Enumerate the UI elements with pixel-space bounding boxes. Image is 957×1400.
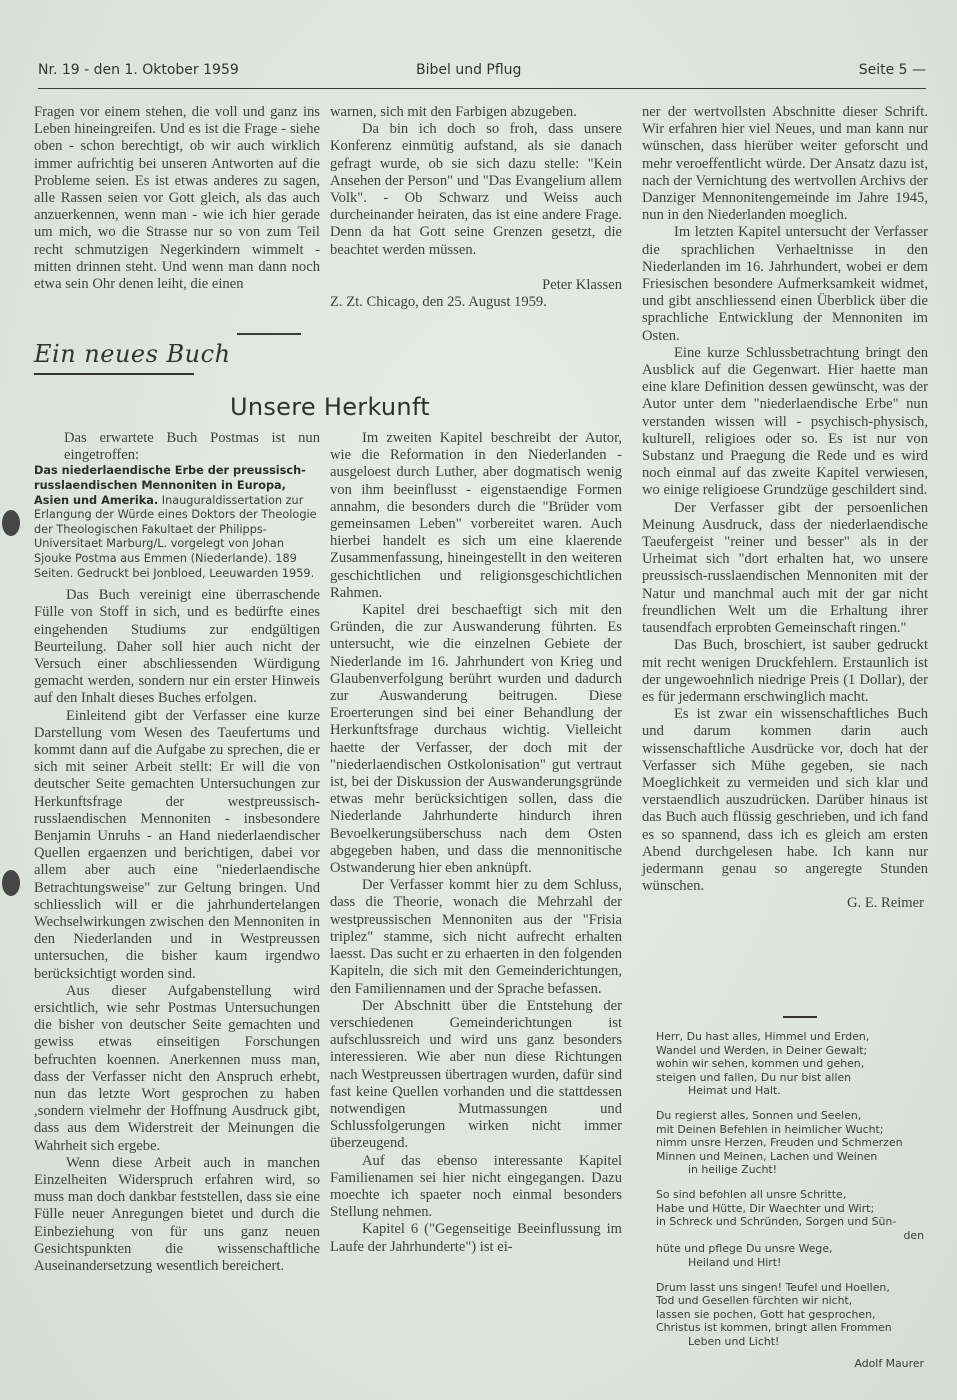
poem-line: Herr, Du hast alles, Himmel und Erden, [656,1030,928,1044]
letter-paragraph: Fragen vor einem stehen, die voll und ga… [34,104,320,293]
poem-line: So sind befohlen all unsre Schritte, [656,1188,928,1202]
page-header: Nr. 19 - den 1. Oktober 1959 Bibel und P… [38,62,926,82]
article-column-3: ner der wertvollsten Abschnitte dieser S… [642,104,928,913]
section-divider [237,333,301,335]
bibliography: Das niederlaendische Erbe der preussisch… [34,464,320,581]
poem-line: Du regierst alles, Sonnen und Seelen, [656,1109,928,1123]
poem-line: nimm unsre Herzen, Freuden und Schmerzen [656,1136,928,1150]
poem-line: Wandel und Werden, in Deiner Gewalt; [656,1044,928,1058]
poem-stanza-2: Du regierst alles, Sonnen und Seelen, mi… [656,1109,928,1177]
page-number: Seite 5 — [859,62,926,78]
poem-line: steigen und fallen, Du nur bist allen [656,1071,928,1085]
issue-date: Nr. 19 - den 1. Oktober 1959 [38,62,239,78]
article-paragraph: Im letzten Kapitel untersucht der Verfas… [642,224,928,344]
poem-stanza-4: Drum lasst uns singen! Teufel und Hoelle… [656,1281,928,1349]
article-signature: G. E. Reimer [642,895,928,912]
poem-refrain: Heiland und Hirt! [656,1256,928,1270]
article-paragraph: Kapitel 6 ("Gegenseitige Beeinflussung i… [330,1221,622,1255]
poem-line: Tod und Gesellen fürchten wir nicht, [656,1294,928,1308]
poem-stanza-3: So sind befohlen all unsre Schritte, Hab… [656,1188,928,1270]
letter-signature: Peter Klassen [330,277,622,294]
article-paragraph: Der Verfasser kommt hier zu dem Schluss,… [330,877,622,997]
poem-refrain: Leben und Licht! [656,1335,928,1349]
article-headline: Unsere Herkunft [230,393,430,421]
poem-line: hüte und pflege Du unsre Wege, [656,1242,928,1256]
article-column-1: Das erwartete Buch Postmas ist nun einge… [34,430,320,1275]
poem-line: Christus ist kommen, bringt allen Fromme… [656,1321,928,1335]
article-intro: Das erwartete Buch Postmas ist nun einge… [34,430,320,464]
article-paragraph: Es ist zwar ein wissenschaftliches Buch … [642,706,928,895]
binding-hole [2,510,20,536]
letter-paragraph: Da bin ich doch so froh, dass unsere Kon… [330,121,622,259]
article-paragraph: Der Verfasser gibt der persoenlichen Mei… [642,500,928,638]
article-paragraph: Das Buch vereinigt eine überraschende Fü… [34,587,320,707]
newspaper-page: Nr. 19 - den 1. Oktober 1959 Bibel und P… [0,0,957,1400]
binding-hole [2,870,20,896]
article-paragraph: Der Abschnitt über die Entstehung der ve… [330,998,622,1153]
kicker-underline [34,373,194,375]
poem-line: mit Deinen Befehlen in heimlicher Wucht; [656,1123,928,1137]
poem-refrain: Heimat und Halt. [656,1084,928,1098]
header-divider [38,88,926,89]
poem-line: in Schreck und Schründen, Sorgen und Sün… [656,1215,928,1229]
poem-line: lassen sie pochen, Gott hat gesprochen, [656,1308,928,1322]
poem-stanza-1: Herr, Du hast alles, Himmel und Erden, W… [656,1030,928,1098]
poem-line: Minnen und Meinen, Lachen und Weinen [656,1150,928,1164]
publication-title: Bibel und Pflug [416,62,521,78]
letter-place-date: Z. Zt. Chicago, den 25. August 1959. [330,294,622,311]
article-paragraph: Eine kurze Schlussbetrachtung bringt den… [642,345,928,500]
article-paragraph: ner der wertvollsten Abschnitte dieser S… [642,104,928,224]
poem-line-wrap: den [656,1229,928,1243]
article-paragraph: Aus dieser Aufgabenstellung wird ersicht… [34,983,320,1155]
letter-column-2: warnen, sich mit den Farbigen abzugeben.… [330,104,622,311]
article-paragraph: Im zweiten Kapitel beschreibt der Autor,… [330,430,622,602]
article-paragraph: Auf das ebenso interessante Kapitel Fami… [330,1153,622,1222]
article-column-2: Im zweiten Kapitel beschreibt der Autor,… [330,430,622,1256]
article-paragraph: Wenn diese Arbeit auch in manchen Einzel… [34,1155,320,1275]
poem-author: Adolf Maurer [656,1357,928,1371]
poem-divider [783,1016,817,1018]
letter-column-1: Fragen vor einem stehen, die voll und ga… [34,104,320,293]
poem: Herr, Du hast alles, Himmel und Erden, W… [656,1030,928,1371]
poem-refrain: in heilige Zucht! [656,1163,928,1177]
poem-line: Habe und Hütte, Dir Waechter und Wirt; [656,1202,928,1216]
article-paragraph: Einleitend gibt der Verfasser eine kurze… [34,708,320,983]
article-paragraph: Kapitel drei beschaeftigt sich mit den G… [330,602,622,877]
section-kicker: Ein neues Buch [34,340,231,368]
letter-paragraph: warnen, sich mit den Farbigen abzugeben. [330,104,622,121]
poem-line: Drum lasst uns singen! Teufel und Hoelle… [656,1281,928,1295]
poem-line: wohin wir sehen, kommen und gehen, [656,1057,928,1071]
article-paragraph: Das Buch, broschiert, ist sauber gedruck… [642,637,928,706]
